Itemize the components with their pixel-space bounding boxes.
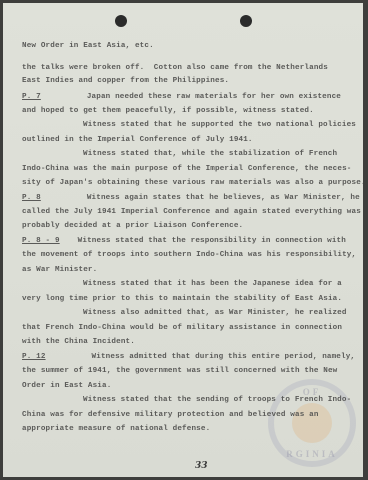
line-text: China was for defensive military protect… [22,411,319,419]
document-line: the movement of troops into southern Ind… [22,250,356,260]
document-line: very long time prior to this to maintain… [22,294,342,304]
document-line: Witness stated that, while the stabiliza… [83,149,337,159]
line-text: sity of Japan's obtaining these various … [22,179,363,187]
document-line: the talks were broken off. Cotton also c… [22,63,328,73]
page-reference: P. 7 [22,93,41,101]
document-line: sity of Japan's obtaining these various … [22,178,363,188]
document-page: OF RGINIA New Order in East Asia, etc. t… [3,3,363,477]
line-text: Japan needed these raw materials for her… [87,93,341,101]
document-line: Witness stated that it has been the Japa… [83,279,342,289]
document-header: New Order in East Asia, etc. [22,41,154,51]
document-line: as War Minister. [22,265,97,275]
line-text: probably decided at a prior Liaison Conf… [22,222,243,230]
line-text: East Indies and copper from the Philippi… [22,77,229,85]
page-reference: P. 8 - 9 [22,237,60,245]
line-text: very long time prior to this to maintain… [22,295,342,303]
line-text: the talks were broken off. Cotton also c… [22,64,328,72]
punch-hole [115,15,127,27]
line-text: appropriate measure of national defense. [22,425,210,433]
line-text: with the China Incident. [22,338,135,346]
document-line: appropriate measure of national defense. [22,424,210,434]
line-text: Witness stated that the responsibility i… [78,237,346,245]
document-line: Witness also admitted that, as War Minis… [83,308,347,318]
document-line: China was for defensive military protect… [22,410,319,420]
seal-center [292,403,332,443]
page-number: 33 [195,461,208,471]
line-text: Witness also admitted that, as War Minis… [83,309,347,317]
page-reference: P. 12 [22,353,46,361]
university-seal-watermark: OF RGINIA [268,379,356,467]
document-line: P. 7Japan needed these raw materials for… [22,92,341,102]
document-line: P. 8 - 9Witness stated that the responsi… [22,236,346,246]
line-text: and hoped to get them peacefully, if pos… [22,107,314,115]
line-text: Witness stated that he supported the two… [83,121,356,129]
document-line: East Indies and copper from the Philippi… [22,76,229,86]
line-text: as War Minister. [22,266,97,274]
line-text: the summer of 1941, the government was s… [22,367,337,375]
page-reference: P. 8 [22,194,41,202]
line-text: Witness stated that it has been the Japa… [83,280,342,288]
line-text: Witness again states that he believes, a… [87,194,360,202]
line-text: Witness stated that the sending of troop… [83,396,351,404]
line-text: that French Indo-China would be of milit… [22,324,342,332]
seal-text-bottom: RGINIA [274,449,350,459]
document-line: probably decided at a prior Liaison Conf… [22,221,243,231]
document-line: with the China Incident. [22,337,135,347]
line-text: the movement of troops into southern Ind… [22,251,356,259]
document-line: Witness stated that the sending of troop… [83,395,351,405]
document-line: called the July 1941 Imperial Conference… [22,207,361,217]
document-line: and hoped to get them peacefully, if pos… [22,106,314,116]
line-text: Indo-China was the main purpose of the I… [22,165,352,173]
punch-hole [240,15,252,27]
document-line: outlined in the Imperial Conference of J… [22,135,253,145]
document-line: P. 12Witness admitted that during this e… [22,352,355,362]
document-line: Order in East Asia. [22,381,111,391]
line-text: Witness stated that, while the stabiliza… [83,150,337,158]
line-text: outlined in the Imperial Conference of J… [22,136,253,144]
document-line: that French Indo-China would be of milit… [22,323,342,333]
document-line: P. 8Witness again states that he believe… [22,193,360,203]
line-text: called the July 1941 Imperial Conference… [22,208,361,216]
document-line: the summer of 1941, the government was s… [22,366,337,376]
line-text: Witness admitted that during this entire… [92,353,356,361]
document-line: Indo-China was the main purpose of the I… [22,164,352,174]
document-line: Witness stated that he supported the two… [83,120,356,130]
line-text: Order in East Asia. [22,382,111,390]
